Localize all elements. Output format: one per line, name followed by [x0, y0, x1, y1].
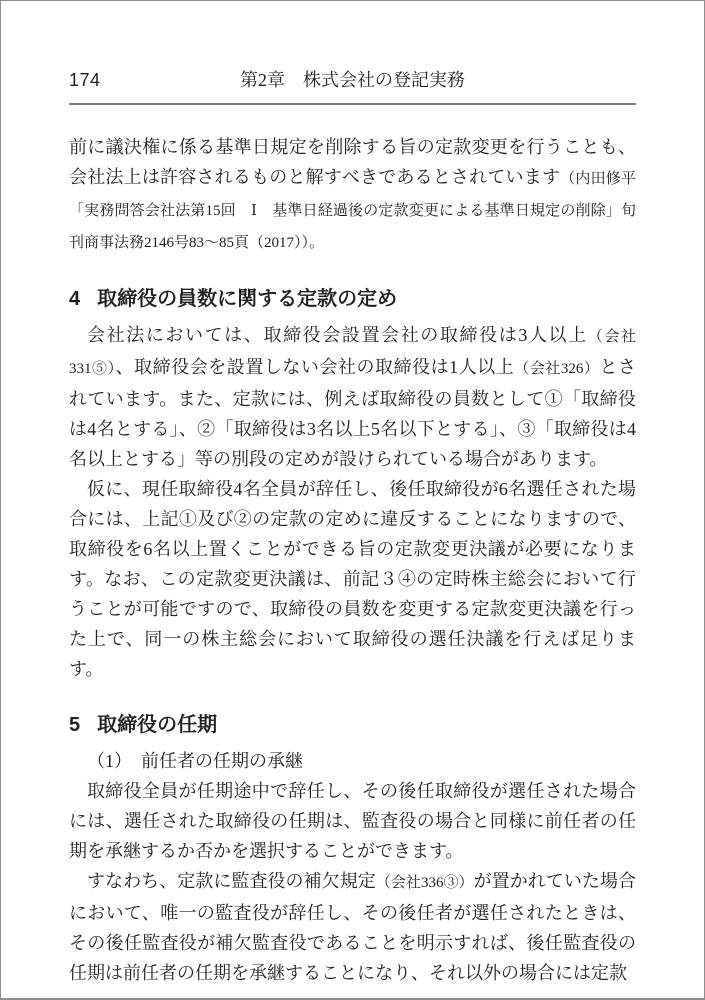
section-4-heading: 4取締役の員数に関する定款の定め	[69, 284, 636, 314]
page-header: 174 第2章 株式会社の登記実務	[69, 68, 636, 92]
book-page: 174 第2章 株式会社の登記実務 前に議決権に係る基準日規定を削除する旨の定款…	[0, 0, 705, 1000]
section-5-paragraph-1: 取締役全員が任期途中で辞任し、その後任取締役が選任された場合には、選任された取締…	[69, 776, 636, 866]
section-5-heading: 5取締役の任期	[69, 710, 636, 740]
section-5-title: 取締役の任期	[97, 714, 217, 736]
section-5-paragraph-2: すなわち、定款に監査役の補欠規定（会社336③）が置かれていた場合において、唯一…	[69, 866, 636, 988]
statute-reference: （会社336③）	[376, 875, 474, 891]
page-number: 174	[69, 68, 101, 92]
section-4-paragraph-1: 会社法においては、取締役会設置会社の取締役は3人以上（会社331⑤）、取締役会を…	[69, 320, 636, 474]
paragraph-text: すなわち、定款に監査役の補欠規定	[87, 871, 376, 891]
header-rule	[69, 103, 636, 105]
paragraph-text: 、取締役会を設置しない会社の取締役は1人以上	[116, 357, 515, 377]
section-4-number: 4	[69, 284, 80, 314]
chapter-title: 第2章 株式会社の登記実務	[69, 68, 636, 92]
paragraph-text: 前に議決権に係る基準日規定を削除する旨の定款変更を行うことも、会社法上は許容され…	[69, 137, 636, 187]
section-4-paragraph-2: 仮に、現任取締役4名全員が辞任し、後任取締役が6名選任された場合には、上記①及び…	[69, 474, 636, 684]
section-5-number: 5	[69, 710, 80, 740]
subsection-1-heading: （1） 前任者の任期の承継	[69, 746, 636, 776]
page-content: 前に議決権に係る基準日規定を削除する旨の定款変更を行うことも、会社法上は許容され…	[69, 132, 636, 988]
section-4-title: 取締役の員数に関する定款の定め	[97, 288, 397, 310]
statute-reference: （会社326）	[514, 361, 599, 377]
paragraph-text: 会社法においては、取締役会設置会社の取締役は3人以上	[87, 325, 588, 345]
continuation-paragraph: 前に議決権に係る基準日規定を削除する旨の定款変更を行うことも、会社法上は許容され…	[69, 132, 636, 258]
